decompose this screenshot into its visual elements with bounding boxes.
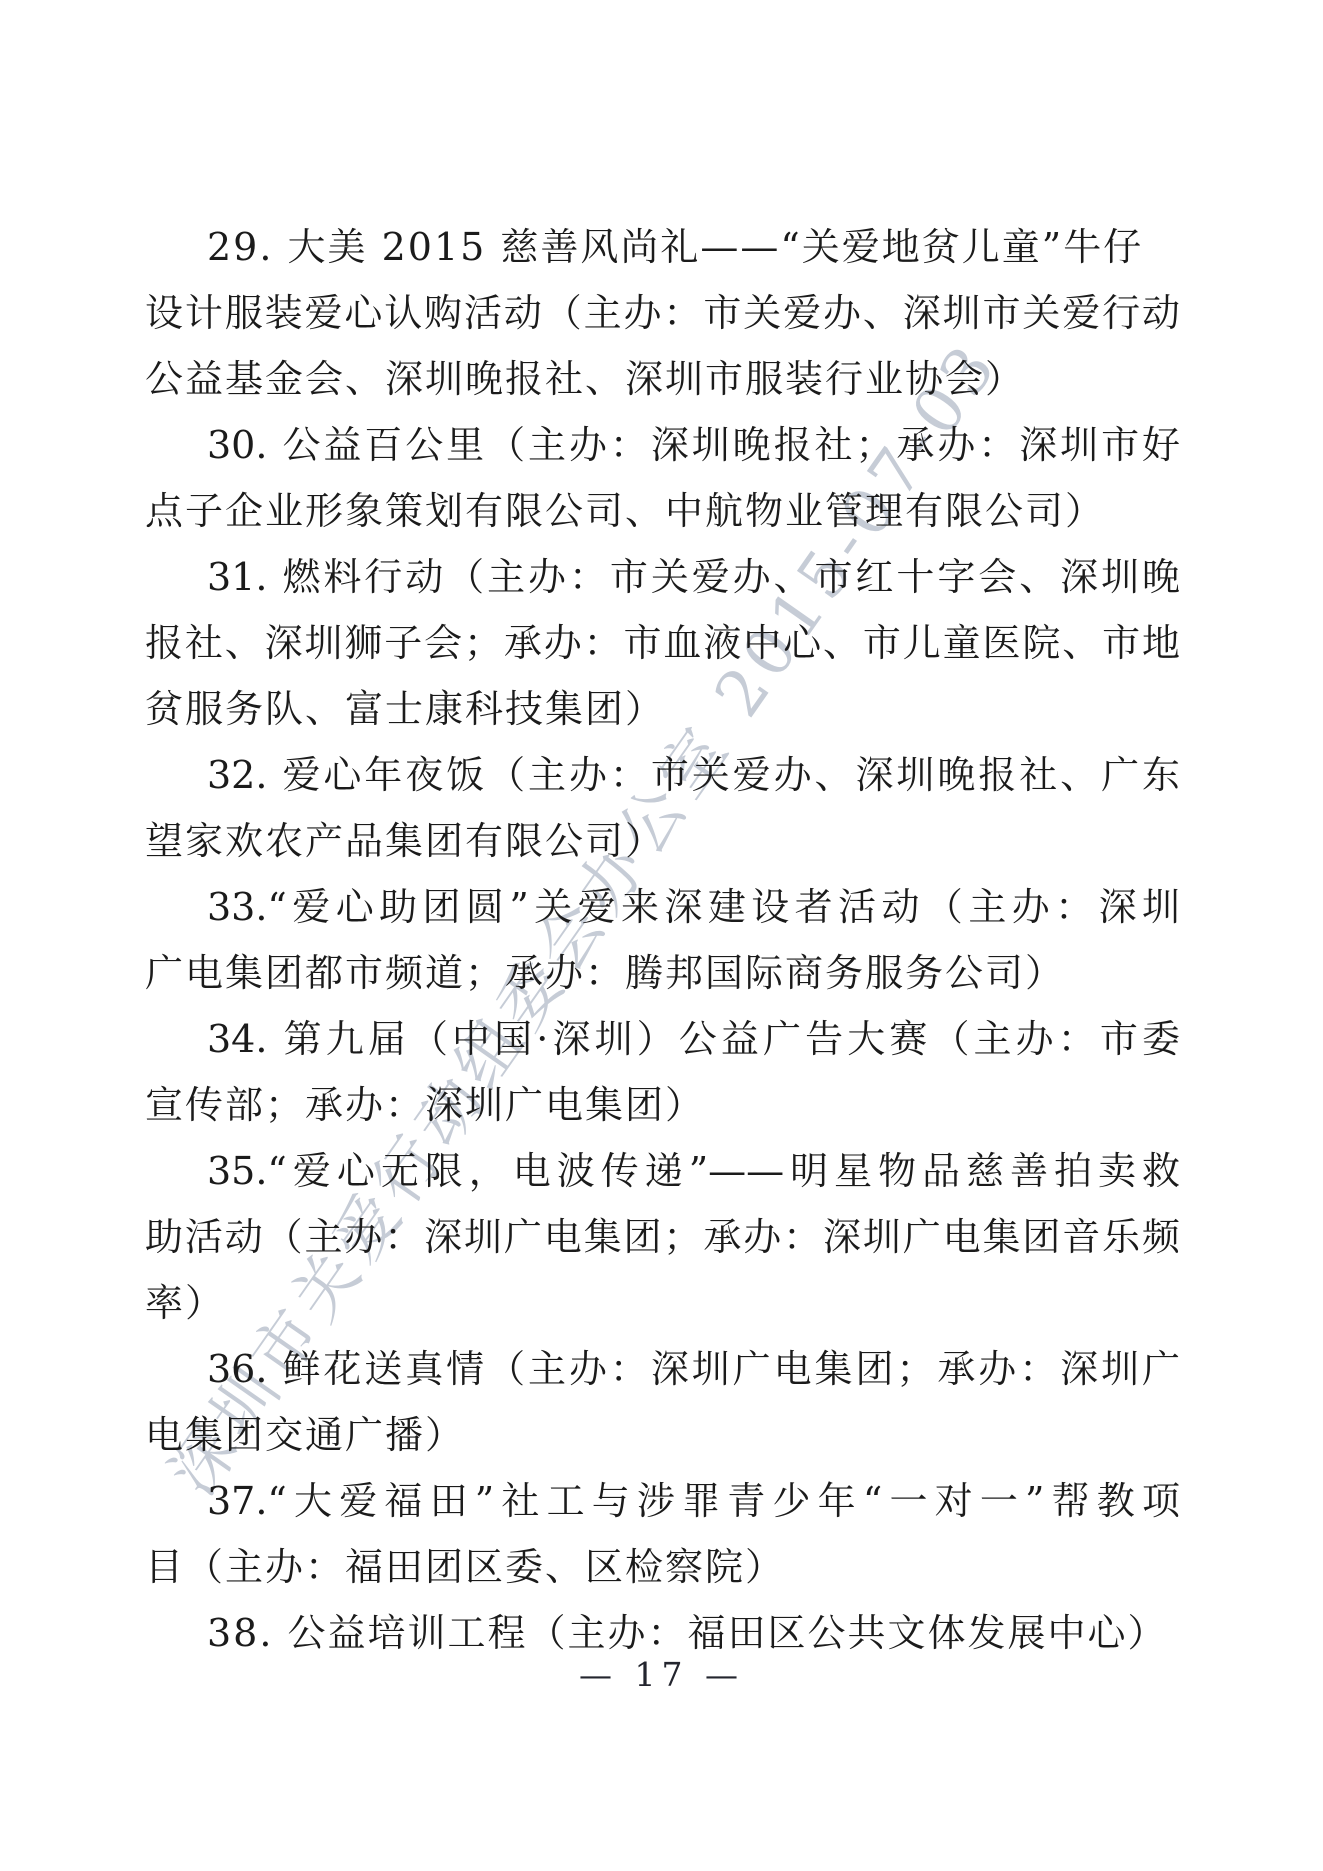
document-line: 设计服装爱心认购活动（主办：市关爱办、深圳市关爱行动 [145, 280, 1180, 346]
document-line: 广电集团都市频道；承办：腾邦国际商务服务公司） [145, 940, 1180, 1006]
page-number: — 17 — [0, 1655, 1323, 1695]
document-line: 33.“爱心助团圆”关爱来深建设者活动（主办：深圳 [145, 874, 1180, 940]
document-line: 宣传部；承办：深圳广电集团） [145, 1072, 1180, 1138]
document-line: 34. 第九届（中国·深圳）公益广告大赛（主办：市委 [145, 1006, 1180, 1072]
document-line: 30. 公益百公里（主办：深圳晚报社；承办：深圳市好 [145, 412, 1180, 478]
document-line: 36. 鲜花送真情（主办：深圳广电集团；承办：深圳广 [145, 1336, 1180, 1402]
document-line: 电集团交通广播） [145, 1402, 1180, 1468]
document-line: 望家欢农产品集团有限公司） [145, 808, 1180, 874]
document-line: 目（主办：福田团区委、区检察院） [145, 1534, 1180, 1600]
document-line: 点子企业形象策划有限公司、中航物业管理有限公司） [145, 478, 1180, 544]
document-line: 32. 爱心年夜饭（主办：市关爱办、深圳晚报社、广东 [145, 742, 1180, 808]
document-line: 率） [145, 1270, 1180, 1336]
document-page: 深圳市关爱行动组委会办公室 2015-07-03 29. 大美 2015 慈善风… [0, 0, 1323, 1871]
document-line: 助活动（主办：深圳广电集团；承办：深圳广电集团音乐频 [145, 1204, 1180, 1270]
document-line: 29. 大美 2015 慈善风尚礼——“关爱地贫儿童”牛仔 [145, 214, 1180, 280]
document-body: 29. 大美 2015 慈善风尚礼——“关爱地贫儿童”牛仔设计服装爱心认购活动（… [145, 214, 1180, 1666]
document-line: 贫服务队、富士康科技集团） [145, 676, 1180, 742]
document-line: 31. 燃料行动（主办：市关爱办、市红十字会、深圳晚 [145, 544, 1180, 610]
document-line: 35.“爱心无限，电波传递”——明星物品慈善拍卖救 [145, 1138, 1180, 1204]
document-line: 37.“大爱福田”社工与涉罪青少年“一对一”帮教项 [145, 1468, 1180, 1534]
document-line: 公益基金会、深圳晚报社、深圳市服装行业协会） [145, 346, 1180, 412]
document-line: 报社、深圳狮子会；承办：市血液中心、市儿童医院、市地 [145, 610, 1180, 676]
